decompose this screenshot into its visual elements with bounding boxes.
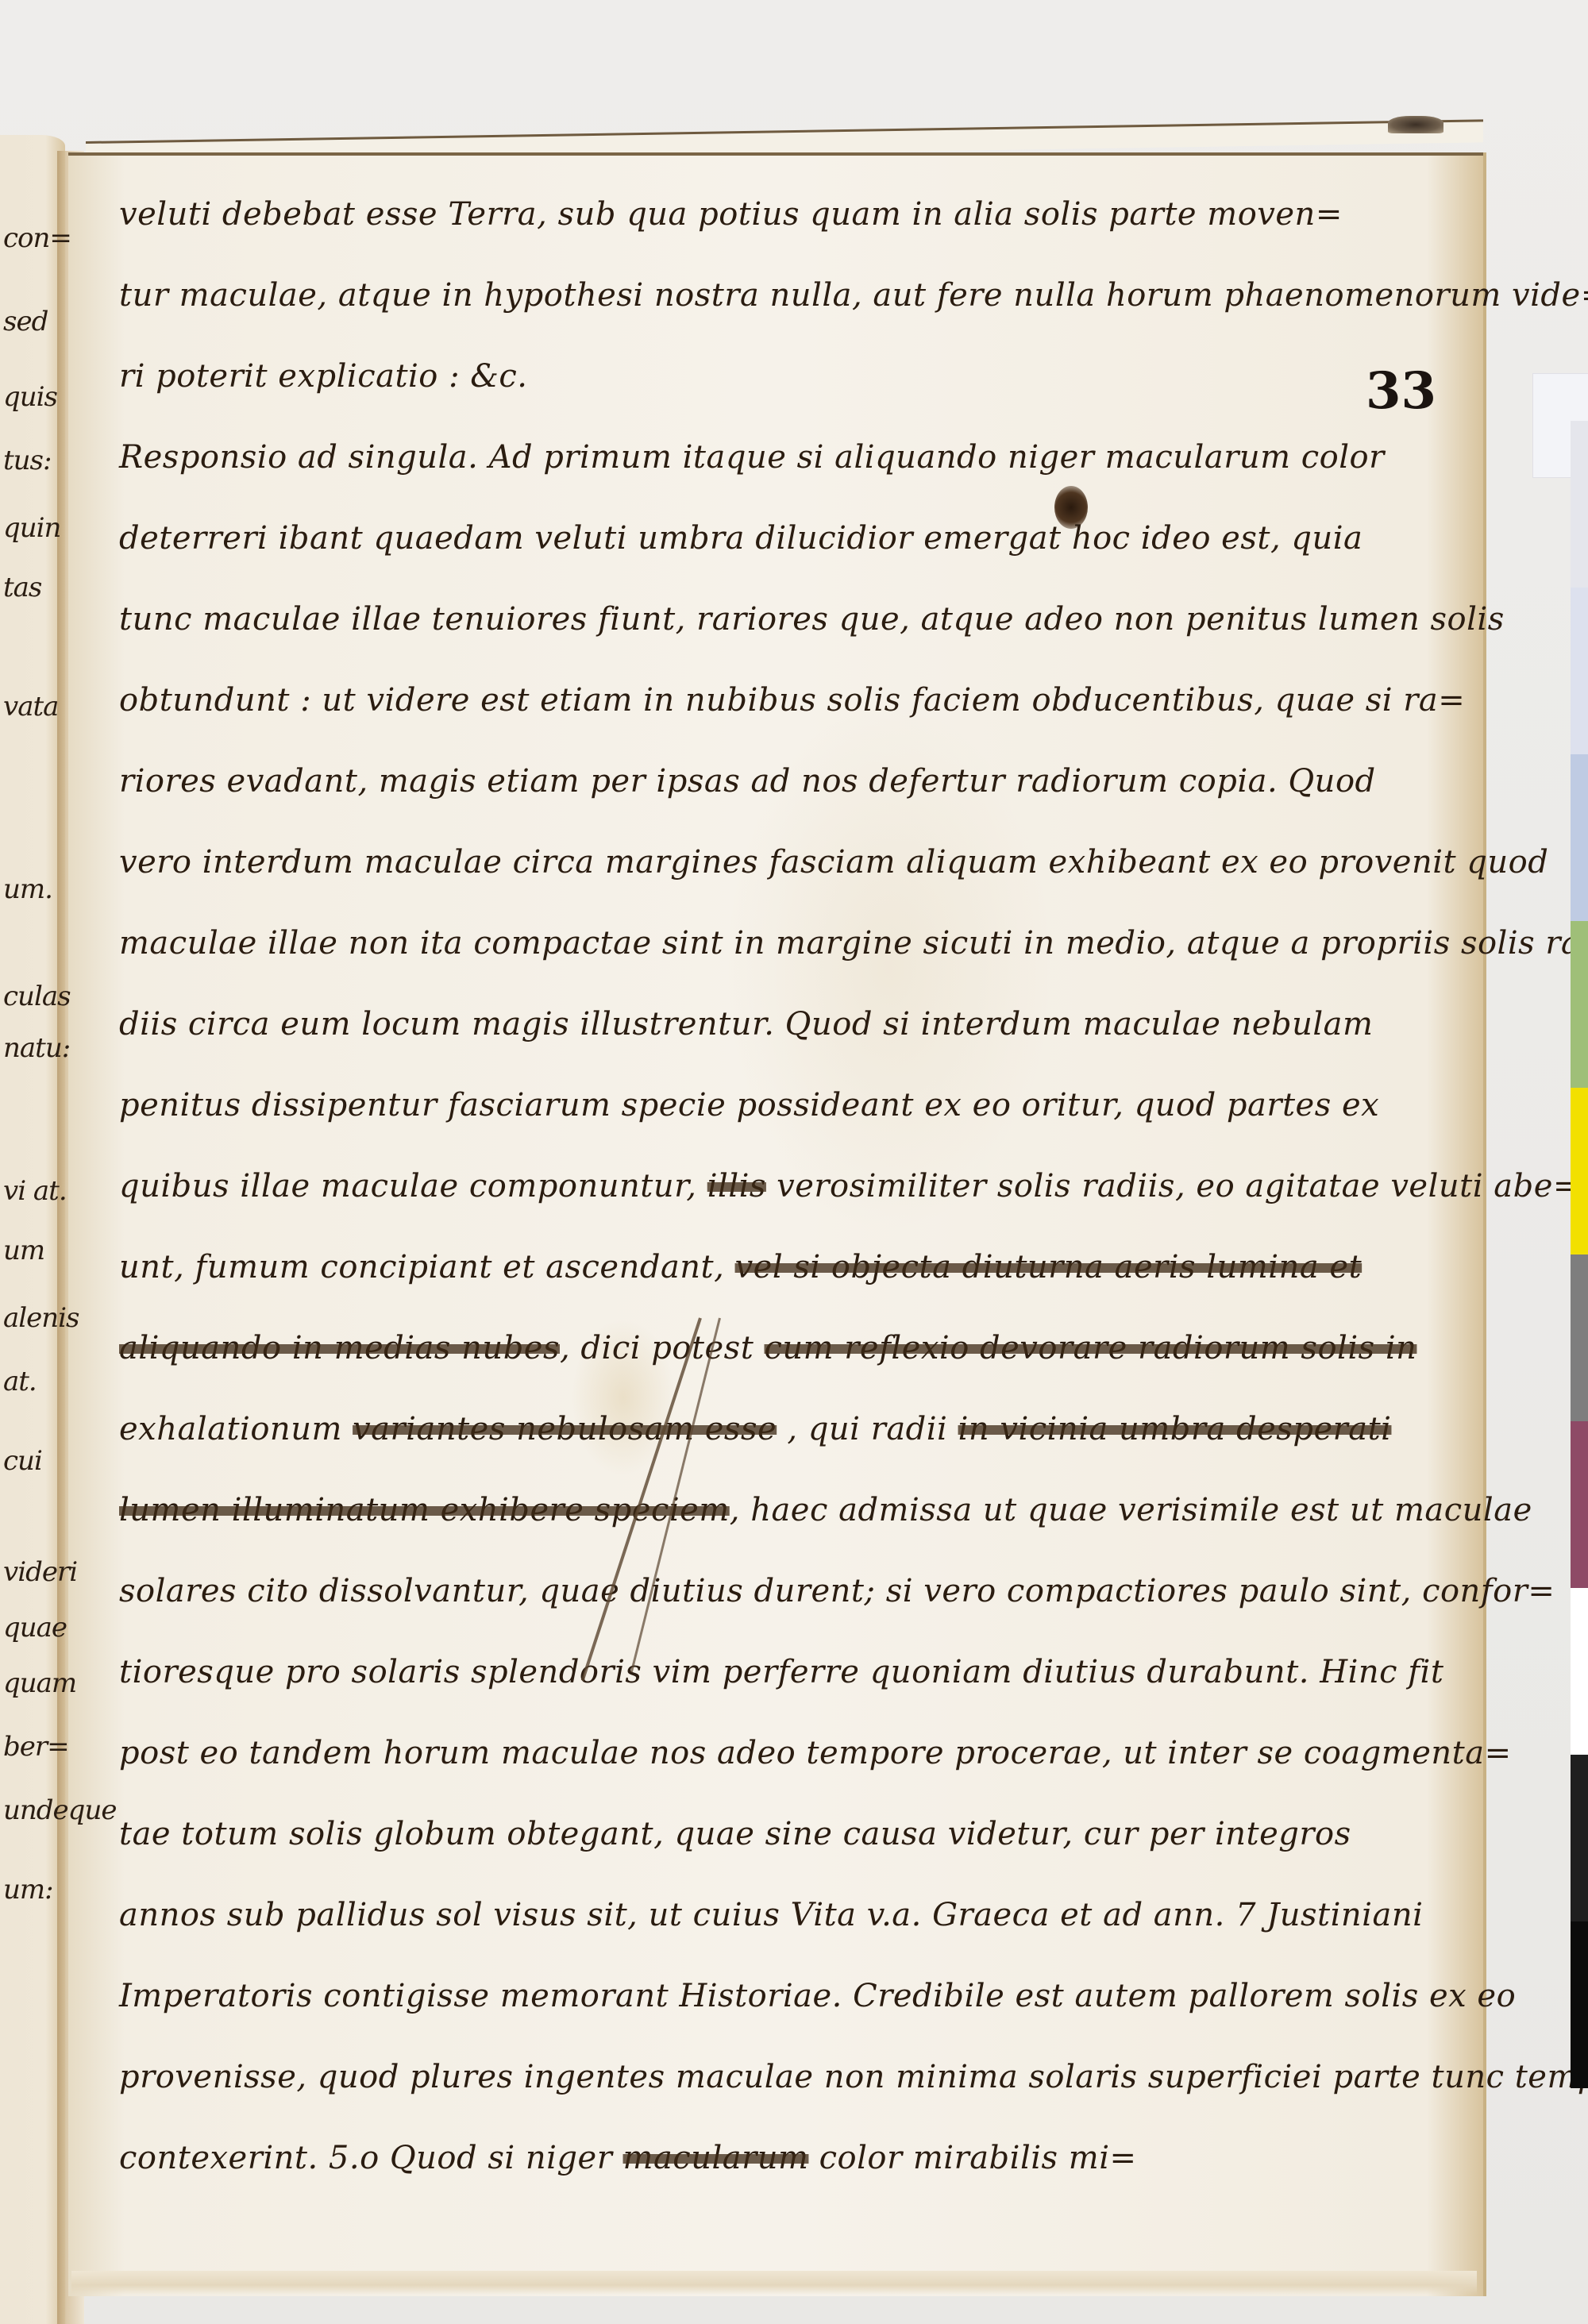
left-page-fragment: sed [3,306,48,337]
calibration-swatch [1571,1921,1588,2088]
calibration-swatch [1571,1421,1588,1588]
left-page-fragment: um. [3,873,52,905]
manuscript-line: tur maculae, atque in hypothesi nostra n… [119,272,1588,319]
left-page-fragment: quae [3,1612,67,1644]
struck-text: vel si objecta diuturna aeris lumina et [735,1249,1363,1285]
left-page-fragment: um: [3,1874,53,1906]
page-bottom-edge [71,2271,1477,2295]
left-page-fragment: vata [3,691,58,723]
manuscript-line: deterreri ibant quaedam veluti umbra dil… [119,515,1363,562]
manuscript-line: Responsio ad singula. Ad primum itaque s… [119,434,1385,481]
struck-text: cum reflexio devorare radiorum solis in [765,1330,1417,1366]
struck-text: illis [707,1168,766,1204]
manuscript-line: tunc maculae illae tenuiores fiunt, rari… [119,595,1505,643]
left-page-fragment: at. [3,1366,37,1397]
left-page-fragment: videri [3,1556,77,1588]
manuscript-line: exhalationum variantes nebulosam esse , … [119,1405,1391,1453]
calibration-swatch [1571,1088,1588,1254]
manuscript-line: aliquando in medias nubes, dici potest c… [119,1324,1416,1372]
left-page-fragment: quis [3,381,57,413]
left-page-fragment: undeque [3,1794,116,1826]
calibration-swatch [1571,1254,1588,1421]
calibration-swatch [1571,1588,1588,1755]
left-page-fragment: alenis [3,1302,79,1334]
left-page-fragment: natu: [3,1032,70,1064]
calibration-swatch [1571,754,1588,921]
manuscript-line: lumen illuminatum exhibere speciem, haec… [119,1486,1532,1534]
folio-number: 33 [1366,361,1436,421]
manuscript-line: contexerint. 5.o Quod si niger macularum… [119,2134,1137,2182]
manuscript-line: annos sub pallidus sol visus sit, ut cui… [119,1891,1423,1939]
struck-text: macularum [623,2140,809,2176]
page-tab [1388,116,1443,133]
manuscript-line: tae totum solis globum obtegant, quae si… [119,1810,1351,1858]
manuscript-line: solares cito dissolvantur, quae diutius … [119,1567,1555,1615]
manuscript-line: post eo tandem horum maculae nos adeo te… [119,1729,1512,1777]
calibration-swatch [1571,588,1588,754]
calibration-swatch [1571,421,1588,588]
manuscript-line: ri poterit explicatio : &c. [119,353,528,400]
calibration-swatch [1571,1755,1588,1921]
left-page-fragment: ber= [3,1731,69,1763]
left-page-fragment: cui [3,1445,42,1477]
left-page-fragment: quam [3,1667,76,1699]
left-page-fragment: culas [3,981,71,1012]
manuscript-line: maculae illae non ita compactae sint in … [119,919,1588,967]
manuscript-line: diis circa eum locum magis illustrentur.… [119,1000,1373,1048]
manuscript-line: obtundunt : ut videre est etiam in nubib… [119,676,1465,724]
struck-text: aliquando in medias nubes [119,1330,560,1366]
manuscript-line: veluti debebat esse Terra, sub qua potiu… [119,191,1343,238]
left-page-fragment: tus: [3,445,51,476]
manuscript-line: vero interdum maculae circa margines fas… [119,838,1548,886]
manuscript-line: quibus illae maculae componuntur, illis … [119,1162,1580,1210]
calibration-swatch [1571,921,1588,1088]
left-page-fragment: tas [3,572,41,603]
manuscript-line: unt, fumum concipiant et ascendant, vel … [119,1243,1362,1291]
struck-text: variantes nebulosam esse [353,1411,777,1447]
manuscript-line: riores evadant, magis etiam per ipsas ad… [119,757,1376,805]
manuscript-line: tioresque pro solaris splendoris vim per… [119,1648,1443,1696]
left-page-fragment: quin [3,512,60,544]
left-page-fragment: con= [3,222,71,254]
left-page-fragment: vi at. [3,1175,67,1207]
manuscript-line: provenisse, quod plures ingentes maculae… [119,2053,1588,2101]
left-page-fragment: um [3,1235,44,1266]
struck-text: in vicinia umbra desperati [958,1411,1392,1447]
manuscript-line: penitus dissipentur fasciarum specie pos… [119,1081,1379,1129]
manuscript-line: Imperatoris contigisse memorant Historia… [119,1972,1516,2020]
color-calibration-strip [1571,421,1588,2088]
